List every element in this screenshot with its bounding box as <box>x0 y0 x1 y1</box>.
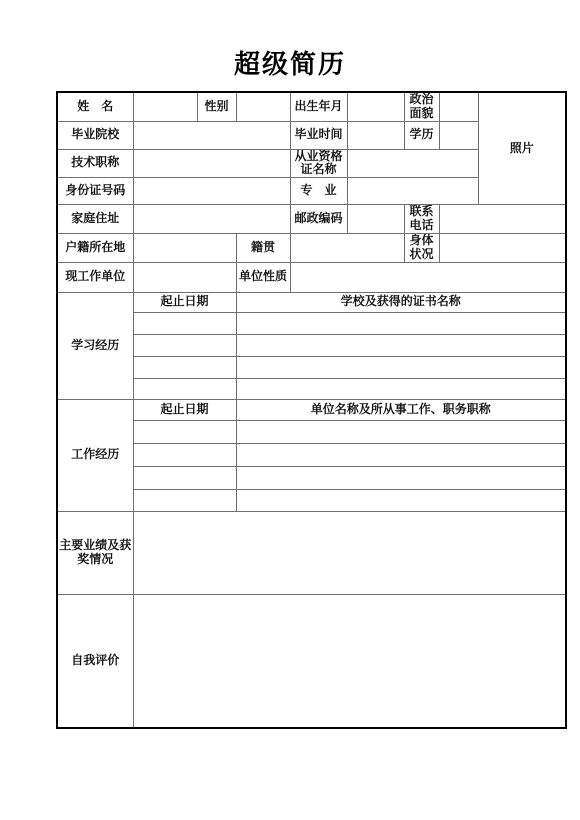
resume-page: 超级简历 姓 名 性别 出生年月 政治面貌 照片 毕业院校 毕业时间 学历 <box>0 0 580 820</box>
work-detail-cell <box>236 420 566 443</box>
field-value-cert <box>347 149 478 178</box>
field-value-registry <box>133 234 236 263</box>
section-label-work: 工作经历 <box>57 399 133 511</box>
work-row <box>57 466 566 489</box>
photo-cell: 照片 <box>478 92 566 205</box>
page-title: 超级简历 <box>0 44 580 81</box>
field-value-grad-time <box>347 121 404 149</box>
field-value-native-place <box>290 234 404 263</box>
field-value-zip <box>347 205 404 234</box>
row-address: 家庭住址 邮政编码 联系电话 <box>57 205 566 234</box>
education-detail-cell <box>236 312 566 334</box>
education-row <box>57 378 566 399</box>
work-row <box>57 443 566 466</box>
field-value-tech-title <box>133 149 290 178</box>
education-header-row: 学习经历 起止日期 学校及获得的证书名称 <box>57 292 566 312</box>
field-value-phone <box>439 205 566 234</box>
row-employer: 现工作单位 单位性质 <box>57 262 566 292</box>
section-label-achievements: 主要业绩及获奖情况 <box>57 511 133 594</box>
education-col-date: 起止日期 <box>133 292 236 312</box>
education-date-cell <box>133 356 236 378</box>
field-value-employer <box>133 262 236 292</box>
work-date-cell <box>133 466 236 489</box>
education-date-cell <box>133 378 236 399</box>
achievements-content-cell <box>133 511 566 594</box>
work-date-cell <box>133 420 236 443</box>
field-value-employer-type <box>290 262 566 292</box>
field-label-phone: 联系电话 <box>404 205 439 234</box>
field-label-health: 身体状况 <box>404 234 439 263</box>
resume-table: 姓 名 性别 出生年月 政治面貌 照片 毕业院校 毕业时间 学历 技术职称 从业… <box>56 91 567 729</box>
field-value-gender <box>236 92 290 121</box>
section-label-self-eval: 自我评价 <box>57 594 133 728</box>
education-col-detail: 学校及获得的证书名称 <box>236 292 566 312</box>
field-value-name <box>133 92 197 121</box>
field-label-address: 家庭住址 <box>57 205 133 234</box>
field-value-major <box>347 178 478 205</box>
work-row <box>57 420 566 443</box>
field-label-employer-type: 单位性质 <box>236 262 290 292</box>
work-header-row: 工作经历 起止日期 单位名称及所从事工作、职务职称 <box>57 399 566 420</box>
field-label-cert: 从业资格证名称 <box>290 149 347 178</box>
education-detail-cell <box>236 334 566 356</box>
row-name: 姓 名 性别 出生年月 政治面貌 照片 <box>57 92 566 121</box>
education-date-cell <box>133 334 236 356</box>
work-detail-cell <box>236 489 566 511</box>
field-label-name: 姓 名 <box>57 92 133 121</box>
field-value-degree <box>439 121 478 149</box>
field-value-school <box>133 121 290 149</box>
work-col-detail: 单位名称及所从事工作、职务职称 <box>236 399 566 420</box>
work-row <box>57 489 566 511</box>
education-row <box>57 356 566 378</box>
work-date-cell <box>133 489 236 511</box>
field-label-id-number: 身份证号码 <box>57 178 133 205</box>
education-detail-cell <box>236 356 566 378</box>
field-label-tech-title: 技术职称 <box>57 149 133 178</box>
education-row <box>57 334 566 356</box>
field-label-native-place: 籍贯 <box>236 234 290 263</box>
education-detail-cell <box>236 378 566 399</box>
section-label-education: 学习经历 <box>57 292 133 399</box>
field-label-degree: 学历 <box>404 121 439 149</box>
field-label-zip: 邮政编码 <box>290 205 347 234</box>
field-label-political-status: 政治面貌 <box>404 92 439 121</box>
row-registry: 户籍所在地 籍贯 身体状况 <box>57 234 566 263</box>
field-value-health <box>439 234 566 263</box>
self-eval-content-cell <box>133 594 566 728</box>
field-label-employer: 现工作单位 <box>57 262 133 292</box>
work-col-date: 起止日期 <box>133 399 236 420</box>
education-date-cell <box>133 312 236 334</box>
field-label-major: 专 业 <box>290 178 347 205</box>
field-value-birth <box>347 92 404 121</box>
work-detail-cell <box>236 466 566 489</box>
field-label-birth: 出生年月 <box>290 92 347 121</box>
self-eval-row: 自我评价 <box>57 594 566 728</box>
achievements-row: 主要业绩及获奖情况 <box>57 511 566 594</box>
field-label-gender: 性别 <box>197 92 236 121</box>
work-detail-cell <box>236 443 566 466</box>
field-value-political-status <box>439 92 478 121</box>
field-value-address <box>133 205 290 234</box>
field-label-school: 毕业院校 <box>57 121 133 149</box>
education-row <box>57 312 566 334</box>
work-date-cell <box>133 443 236 466</box>
field-label-registry: 户籍所在地 <box>57 234 133 263</box>
field-value-id-number <box>133 178 290 205</box>
field-label-grad-time: 毕业时间 <box>290 121 347 149</box>
